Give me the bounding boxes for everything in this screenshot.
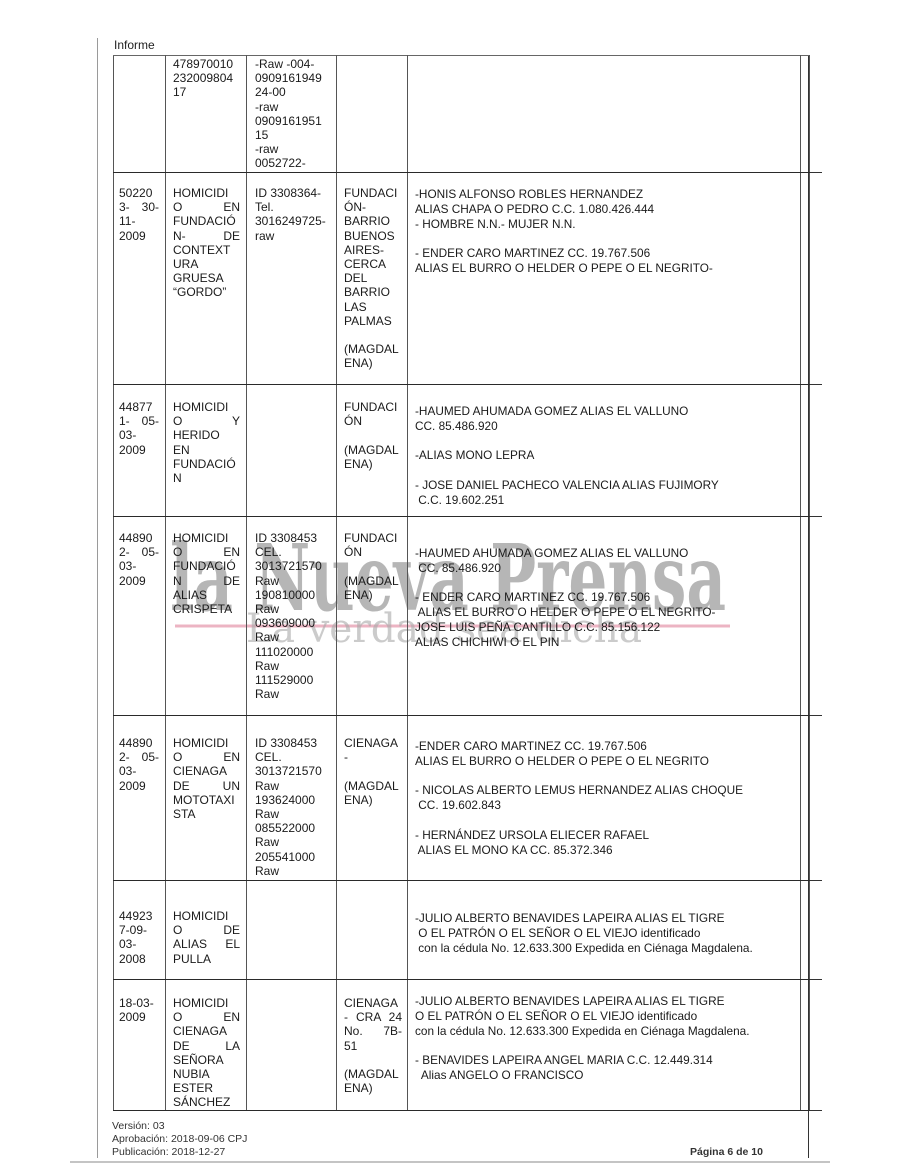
cell-line: 2009 [119,229,159,243]
page-left-border [97,38,98,1158]
cell-record-id: 448902- 05-03-2009 [114,716,166,881]
cell-communications: ID 3308453CEL.3013721570Raw190810000Raw0… [247,517,337,716]
cell-line [415,463,800,478]
cell-line: 2009 [119,443,159,457]
cell-line [415,231,800,246]
cell-line: - NICOLAS ALBERTO LEMUS HERNANDEZ ALIAS … [415,783,800,798]
cell-line: Raw [255,574,334,588]
cell-line: ID 3308453 [255,736,334,750]
cell-line: (MAGDAL [344,1067,402,1081]
cell-line [344,764,402,778]
cell-line: ÓN [344,414,402,428]
cell-line: GRUESA [173,271,240,285]
cell-line: O EN [173,1010,240,1024]
cell-line: 0909161949 [255,71,334,85]
table-row: 448902- 05-03-2009HOMICIDIO ENCIENAGADE … [114,716,810,881]
cell-line: ALIAS [173,588,240,602]
cell-location: FUNDACIÓN(MAGDALENA) [337,385,408,517]
cell-line: HOMICIDI [173,909,240,923]
cell-line: CEL. [255,545,334,559]
cell-line: 44877 [119,400,159,414]
records-table-body: 47897001023200980417-Raw -004-0909161949… [114,56,810,1111]
cell-line: 15 [255,128,334,142]
cell-line: 2009 [119,1010,159,1024]
cell-line: 193624000 [255,793,334,807]
cell-line: Raw [255,864,334,878]
document-page: la Nueva Prensa La verdad sea dicha Info… [0,0,904,1158]
cell-line: -ALIAS MONO LEPRA [415,448,800,463]
cell-record-id [114,56,166,173]
cell-communications [247,385,337,517]
cell-crime: HOMICIDIO DEALIAS ELPULLA [166,881,247,980]
cell-line: FUNDACI [344,186,402,200]
cell-line [415,434,800,449]
cell-location: CIENAGA-(MAGDALENA) [337,716,408,881]
cell-line: ID 3308453 [255,531,334,545]
cell-line: URA [173,257,240,271]
cell-line: 17 [173,85,240,99]
cell-line: -raw [255,100,334,114]
cell-line: O Y [173,414,240,428]
cell-line: raw [255,229,334,243]
cell-line: JOSE LUIS PEÑA CANTILLO C.C. 85.156.122 [415,620,800,635]
cell-line [415,769,800,784]
cell-line: (MAGDAL [344,342,402,356]
cell-line: FUNDACI [344,531,402,545]
cell-crime: HOMICIDIO ENFUNDACIÓN- DECONTEXTURAGRUES… [166,173,247,385]
cell-suspects: -ENDER CARO MARTINEZ CC. 19.767.506ALIAS… [408,716,801,881]
cell-margin [801,881,810,980]
cell-line: N [173,471,240,485]
cell-line: 03- [119,764,159,778]
cell-margin [801,980,810,1111]
cell-line: Raw [255,807,334,821]
row-rule-extension [808,172,822,173]
cell-line: -JULIO ALBERTO BENAVIDES LAPEIRA ALIAS E… [415,911,800,926]
cell-line: STA [173,807,240,821]
cell-margin [801,385,810,517]
row-rule-extension [808,516,822,517]
footer-approval: Aprobación: 2018-09-06 CPJ [112,1133,247,1146]
cell-communications [247,881,337,980]
cell-line: SEÑORA [173,1053,240,1067]
cell-line: -HONIS ALFONSO ROBLES HERNANDEZ [415,187,800,202]
cell-line [415,813,800,828]
cell-line: ALIAS CHAPA O PEDRO C.C. 1.080.426.444 [415,202,800,217]
cell-line: -JULIO ALBERTO BENAVIDES LAPEIRA ALIAS E… [415,994,800,1009]
cell-record-id: 502203- 30-11-2009 [114,173,166,385]
cell-line: No. 7B- [344,1024,402,1038]
cell-line: PULLA [173,952,240,966]
cell-location: FUNDACIÓN(MAGDALENA) [337,517,408,716]
table-row: 448902- 05-03-2009HOMICIDIO ENFUNDACIÓN … [114,517,810,716]
footer-publication: Publicación: 2018-12-27 [112,1146,247,1158]
cell-location [337,56,408,173]
cell-line: 18-03- [119,996,159,1010]
cell-line: - HOMBRE N.N.- MUJER N.N. [415,217,800,232]
cell-line: ID 3308364- [255,186,334,200]
cell-line: ENA) [344,457,402,471]
cell-line: ÓN [344,545,402,559]
cell-line: Raw [255,779,334,793]
cell-line: DE UN [173,779,240,793]
cell-line: HOMICIDI [173,186,240,200]
cell-line: MOTOTAXI [173,793,240,807]
table-row: 448771- 05-03-2009HOMICIDIO YHERIDOENFUN… [114,385,810,517]
cell-line: NUBIA [173,1067,240,1081]
cell-line: 2008 [119,952,159,966]
row-rule-extension [808,384,822,385]
cell-line: DE LA [173,1039,240,1053]
cell-line: Raw [255,659,334,673]
cell-line [415,576,800,591]
cell-line: ALIAS EL BURRO O HELDER O PEPE O EL NEGR… [415,261,800,276]
cell-line: HERIDO [173,428,240,442]
table-row: 502203- 30-11-2009HOMICIDIO ENFUNDACIÓN-… [114,173,810,385]
cell-line: 3013721570 [255,559,334,573]
cell-line: 0052722- [255,156,334,170]
cell-record-id: 448902- 05-03-2009 [114,517,166,716]
row-rule-extension [808,979,822,980]
cell-suspects: -HONIS ALFONSO ROBLES HERNANDEZALIAS CHA… [408,173,801,385]
cell-line: O EL PATRÓN O EL SEÑOR O EL VIEJO identi… [415,926,800,941]
cell-line: CERCA [344,257,402,271]
cell-line: 03- [119,937,159,951]
cell-line: -raw [255,142,334,156]
cell-line: C.C. 19.602.251 [415,493,800,508]
cell-line: 50220 [119,186,159,200]
cell-line: -ENDER CARO MARTINEZ CC. 19.767.506 [415,739,800,754]
cell-suspects: -JULIO ALBERTO BENAVIDES LAPEIRA ALIAS E… [408,980,801,1111]
cell-line: 51 [344,1039,402,1053]
cell-line: ALIAS EL BURRO O HELDER O PEPE O EL NEGR… [415,605,800,620]
cell-line: Raw [255,602,334,616]
cell-line: 3- 30- [119,200,159,214]
cell-line: 44923 [119,909,159,923]
cell-line: PALMAS [344,314,402,328]
cell-line: 24-00 [255,85,334,99]
cell-line: N- DE [173,229,240,243]
cell-line: -Raw -004- [255,57,334,71]
cell-line: (MAGDAL [344,574,402,588]
cell-margin [801,517,810,716]
cell-line: 085522000 [255,821,334,835]
cell-line [344,559,402,573]
cell-line: ENA) [344,588,402,602]
document-footer-meta: Versión: 03 Aprobación: 2018-09-06 CPJ P… [112,1120,247,1158]
table-row: 47897001023200980417-Raw -004-0909161949… [114,56,810,173]
cell-margin [801,716,810,881]
cell-line: con la cédula No. 12.633.300 Expedida en… [415,1024,800,1039]
cell-location: CIENAGA- CRA 24No. 7B-51(MAGDALENA) [337,980,408,1111]
cell-line: CIENAGA [173,764,240,778]
cell-line: O EN [173,750,240,764]
cell-communications: ID 3308453CEL.3013721570Raw193624000Raw0… [247,716,337,881]
cell-line: DEL [344,271,402,285]
cell-line: CIENAGA [344,736,402,750]
cell-line: ALIAS CHICHIWI O EL PIN [415,635,800,650]
cell-line: HOMICIDI [173,531,240,545]
cell-line: ESTER [173,1081,240,1095]
cell-line: 3013721570 [255,764,334,778]
cell-line: - CRA 24 [344,1010,402,1024]
cell-line: EN [173,443,240,457]
cell-line: O DE [173,923,240,937]
cell-line: 44890 [119,736,159,750]
cell-line [344,1053,402,1067]
cell-margin [801,173,810,385]
cell-crime: HOMICIDIO ENFUNDACIÓN DEALIASCRISPETA [166,517,247,716]
cell-suspects [408,56,801,173]
cell-line: 190810000 [255,588,334,602]
cell-line: ALIAS EL [173,937,240,951]
cell-line: Raw [255,630,334,644]
cell-line: LAS [344,300,402,314]
document-header: Informe [114,38,155,52]
table-row: 449237-09-03-2008HOMICIDIO DEALIAS ELPUL… [114,881,810,980]
cell-line: FUNDACIÓ [173,457,240,471]
cell-line: HOMICIDI [173,400,240,414]
cell-line: Alias ANGELO O FRANCISCO [415,1068,800,1083]
cell-line: 205541000 [255,850,334,864]
cell-line: FUNDACIÓ [173,214,240,228]
cell-line: ENA) [344,1081,402,1095]
cell-line: 44890 [119,531,159,545]
cell-line: HOMICIDI [173,736,240,750]
cell-line: CRISPETA [173,602,240,616]
cell-crime: 47897001023200980417 [166,56,247,173]
cell-line: - ENDER CARO MARTINEZ CC. 19.767.506 [415,246,800,261]
footer-version: Versión: 03 [112,1120,247,1133]
cell-line: - [344,750,402,764]
cell-line: ALIAS EL BURRO O HELDER O PEPE O EL NEGR… [415,754,800,769]
cell-line: Raw [255,687,334,701]
cell-line: ENA) [344,356,402,370]
cell-line: 03- [119,428,159,442]
cell-line [344,428,402,442]
cell-line: O EL PATRÓN O EL SEÑOR O EL VIEJO identi… [415,1009,800,1024]
cell-communications [247,980,337,1111]
cell-crime: HOMICIDIO ENCIENAGADE LASEÑORANUBIAESTER… [166,980,247,1111]
cell-line: 11- [119,214,159,228]
row-rule-extension [808,880,822,881]
cell-suspects: -HAUMED AHUMADA GOMEZ ALIAS EL VALLUNO C… [408,517,801,716]
cell-line: 2009 [119,779,159,793]
cell-crime: HOMICIDIO ENCIENAGADE UNMOTOTAXISTA [166,716,247,881]
cell-line: (MAGDAL [344,779,402,793]
cell-line [344,328,402,342]
cell-line: SÁNCHEZ [173,1095,240,1109]
cell-line: 2- 05- [119,545,159,559]
cell-line: AIRES- [344,243,402,257]
cell-line: BUENOS [344,229,402,243]
cell-line: N DE [173,574,240,588]
cell-line: CC. 85.486.920 [415,561,800,576]
cell-line: ENA) [344,793,402,807]
cell-record-id: 449237-09-03-2008 [114,881,166,980]
cell-line: O EN [173,545,240,559]
page-bottom-edge [70,1161,830,1163]
records-table: 47897001023200980417-Raw -004-0909161949… [113,55,810,1111]
cell-line: CONTEXT [173,243,240,257]
cell-line: CC. 85.486.920 [415,419,800,434]
cell-line: 093609000 [255,616,334,630]
cell-line: (MAGDAL [344,443,402,457]
cell-line: ALIAS EL MONO KA CC. 85.372.346 [415,843,800,858]
cell-record-id: 448771- 05-03-2009 [114,385,166,517]
cell-line: BARRIO [344,285,402,299]
cell-record-id: 18-03-2009 [114,980,166,1111]
cell-line: 2- 05- [119,750,159,764]
cell-line: HOMICIDI [173,996,240,1010]
cell-line [415,1038,800,1053]
table-row: 18-03-2009HOMICIDIO ENCIENAGADE LASEÑORA… [114,980,810,1111]
row-rule-extension [808,1110,822,1111]
cell-margin [801,56,810,173]
row-rule-extension [808,715,822,716]
cell-line: 3016249725- [255,214,334,228]
cell-line: -HAUMED AHUMADA GOMEZ ALIAS EL VALLUNO [415,404,800,419]
cell-line: ÓN- [344,200,402,214]
cell-line: - ENDER CARO MARTINEZ CC. 19.767.506 [415,590,800,605]
cell-line: - JOSE DANIEL PACHECO VALENCIA ALIAS FUJ… [415,478,800,493]
cell-communications: -Raw -004-090916194924-00-raw09091619511… [247,56,337,173]
cell-line: FUNDACI [344,400,402,414]
cell-line: CC. 19.602.843 [415,798,800,813]
cell-line: 232009804 [173,71,240,85]
cell-line: Raw [255,835,334,849]
cell-crime: HOMICIDIO YHERIDOENFUNDACIÓN [166,385,247,517]
cell-line: 1- 05- [119,414,159,428]
cell-line: FUNDACIÓ [173,559,240,573]
cell-line: CEL. [255,750,334,764]
page-number: Página 6 de 10 [690,1146,763,1158]
cell-line: 111529000 [255,673,334,687]
cell-line: O EN [173,200,240,214]
cell-line: Tel. [255,200,334,214]
cell-line: -HAUMED AHUMADA GOMEZ ALIAS EL VALLUNO [415,546,800,561]
cell-line: 2009 [119,574,159,588]
cell-location [337,881,408,980]
cell-line: - BENAVIDES LAPEIRA ANGEL MARIA C.C. 12.… [415,1053,800,1068]
cell-line: 7-09- [119,923,159,937]
cell-line: CIENAGA [344,996,402,1010]
cell-suspects: -HAUMED AHUMADA GOMEZ ALIAS EL VALLUNOCC… [408,385,801,517]
cell-line: - HERNÁNDEZ URSOLA ELIECER RAFAEL [415,828,800,843]
cell-line: 03- [119,559,159,573]
cell-line: BARRIO [344,214,402,228]
cell-location: FUNDACIÓN-BARRIOBUENOSAIRES-CERCADELBARR… [337,173,408,385]
cell-communications: ID 3308364-Tel.3016249725-raw [247,173,337,385]
cell-line: con la cédula No. 12.633.300 Expedida en… [415,941,800,956]
cell-line: “GORDO” [173,285,240,299]
cell-line: 478970010 [173,57,240,71]
cell-suspects: -JULIO ALBERTO BENAVIDES LAPEIRA ALIAS E… [408,881,801,980]
cell-line: 0909161951 [255,114,334,128]
cell-line: CIENAGA [173,1024,240,1038]
cell-line: 111020000 [255,645,334,659]
